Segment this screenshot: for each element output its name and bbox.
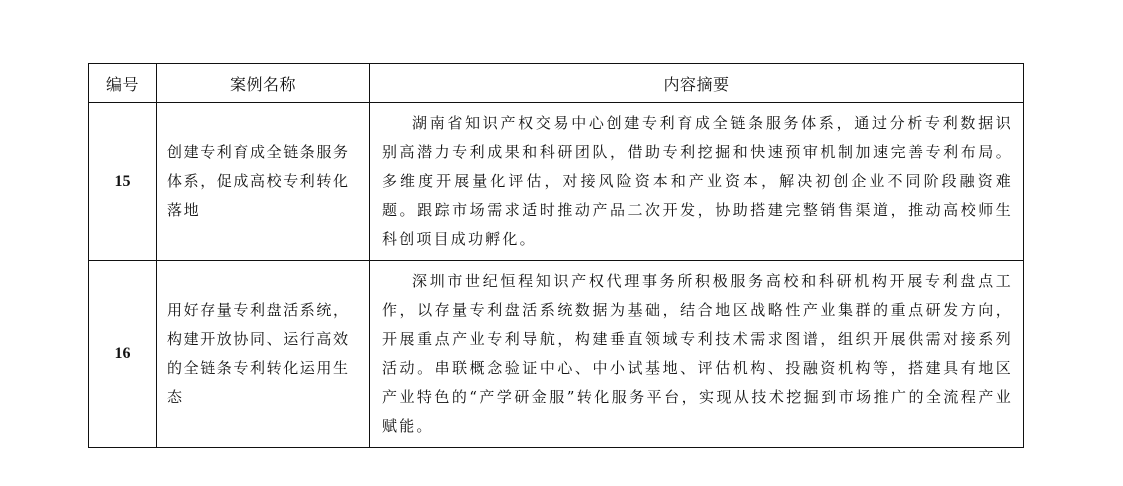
table-row: 16 用好存量专利盘活系统，构建开放协同、运行高效的全链条专利转化运用生态 深圳… xyxy=(89,261,1024,448)
case-summary-text: 深圳市世纪恒程知识产权代理事务所积极服务高校和科研机构开展专利盘点工作，以存量专… xyxy=(382,267,1013,441)
table-row: 15 创建专利育成全链条服务体系，促成高校专利转化落地 湖南省知识产权交易中心创… xyxy=(89,103,1024,261)
case-summary-text: 湖南省知识产权交易中心创建专利育成全链条服务体系，通过分析专利数据识别高潜力专利… xyxy=(382,109,1013,254)
case-number: 15 xyxy=(89,103,157,261)
case-name: 创建专利育成全链条服务体系，促成高校专利转化落地 xyxy=(157,103,370,261)
case-summary: 深圳市世纪恒程知识产权代理事务所积极服务高校和科研机构开展专利盘点工作，以存量专… xyxy=(370,261,1024,448)
header-summary: 内容摘要 xyxy=(370,64,1024,103)
case-name: 用好存量专利盘活系统，构建开放协同、运行高效的全链条专利转化运用生态 xyxy=(157,261,370,448)
header-number: 编号 xyxy=(89,64,157,103)
case-number: 16 xyxy=(89,261,157,448)
table-header-row: 编号 案例名称 内容摘要 xyxy=(89,64,1024,103)
case-table: 编号 案例名称 内容摘要 15 创建专利育成全链条服务体系，促成高校专利转化落地… xyxy=(88,63,1024,448)
header-case-name: 案例名称 xyxy=(157,64,370,103)
case-summary: 湖南省知识产权交易中心创建专利育成全链条服务体系，通过分析专利数据识别高潜力专利… xyxy=(370,103,1024,261)
